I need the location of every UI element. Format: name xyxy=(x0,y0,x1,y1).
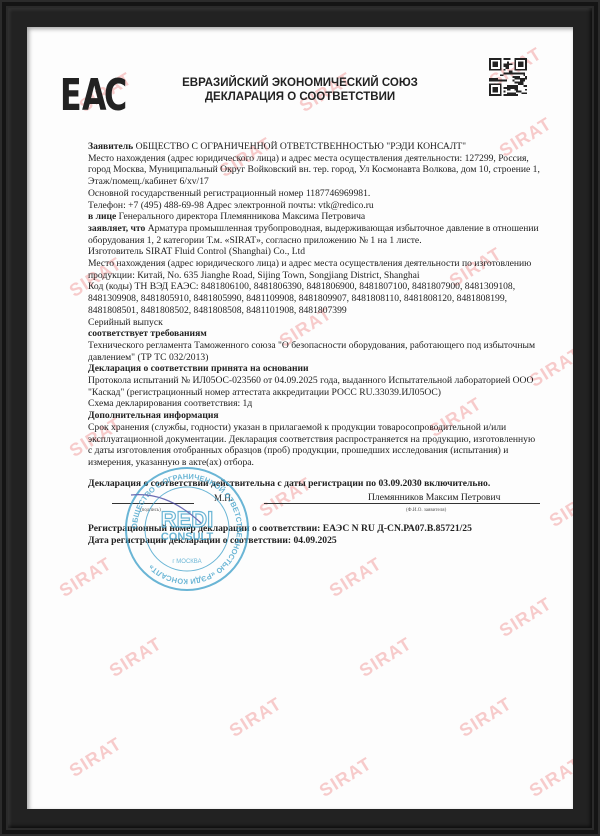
signatory-name: Племянников Максим Петрович xyxy=(368,492,500,504)
watermark-text: SIRAT xyxy=(326,553,386,601)
manufacturer-address: Место нахождения (адрес юридического лиц… xyxy=(88,258,540,281)
requirements-label: соответствует требованиям xyxy=(88,328,540,340)
eac-logo: ЕАС xyxy=(60,72,120,120)
basis-text: Протокола испытаний № ИЛ05ОС-023560 от 0… xyxy=(88,375,540,398)
requirements-text: Технического регламента Таможенного союз… xyxy=(88,340,540,363)
watermark-text: SIRAT xyxy=(66,733,126,781)
applicant-ogrn: Основной государственный регистрационный… xyxy=(88,188,540,200)
applicant-contacts: Телефон: +7 (495) 488-69-98 Адрес электр… xyxy=(88,200,540,212)
applicant-address: Место нахождения (адрес юридического лиц… xyxy=(88,153,540,188)
watermark-text: SIRAT xyxy=(56,553,116,601)
watermark-text: SIRAT xyxy=(106,633,166,681)
representative: в лице Генерального директора Племяннико… xyxy=(88,211,540,223)
scheme: Схема декларирования соответствия: 1д xyxy=(88,398,540,410)
name-line xyxy=(264,503,540,504)
declares-line: заявляет, что Арматура промышленная труб… xyxy=(88,223,540,246)
watermark-text: SIRAT xyxy=(356,633,416,681)
applicant-line: Заявитель ОБЩЕСТВО С ОГРАНИЧЕННОЙ ОТВЕТС… xyxy=(88,141,540,153)
svg-text:CONSULT: CONSULT xyxy=(161,531,214,543)
basis-label: Декларация о соответствии принята на осн… xyxy=(88,363,540,375)
watermark-text: SIRAT xyxy=(546,483,573,531)
watermark-text: SIRAT xyxy=(316,753,376,801)
additional-label: Дополнительная информация xyxy=(88,410,540,422)
company-stamp: ОБЩЕСТВО С ОГРАНИЧЕННОЙ ОТВЕТСТВЕННОСТЬЮ… xyxy=(123,465,251,593)
additional-text: Срок хранения (службы, годности) указан … xyxy=(88,422,540,469)
series: Серийный выпуск xyxy=(88,317,540,329)
union-title: ЕВРАЗИЙСКИЙ ЭКОНОМИЧЕСКИЙ СОЮЗ xyxy=(160,76,440,90)
qr-code-icon xyxy=(489,58,527,96)
document-header: ЕВРАЗИЙСКИЙ ЭКОНОМИЧЕСКИЙ СОЮЗ ДЕКЛАРАЦИ… xyxy=(160,76,440,104)
watermark-text: SIRAT xyxy=(496,593,556,641)
svg-text:г МОСКВА: г МОСКВА xyxy=(172,559,201,565)
watermark-text: SIRAT xyxy=(456,693,516,741)
hs-codes: Код (коды) ТН ВЭД ЕАЭС: 8481806100, 8481… xyxy=(88,281,540,316)
manufacturer: Изготовитель SIRAT Fluid Control (Shangh… xyxy=(88,246,540,258)
svg-text:REDI: REDI xyxy=(161,507,214,532)
name-caption: (Ф.И.О. заявителя) xyxy=(406,505,446,517)
declaration-title: ДЕКЛАРАЦИЯ О СООТВЕТСТВИИ xyxy=(160,90,440,104)
watermark-text: SIRAT xyxy=(526,753,573,801)
watermark-text: SIRAT xyxy=(226,693,286,741)
